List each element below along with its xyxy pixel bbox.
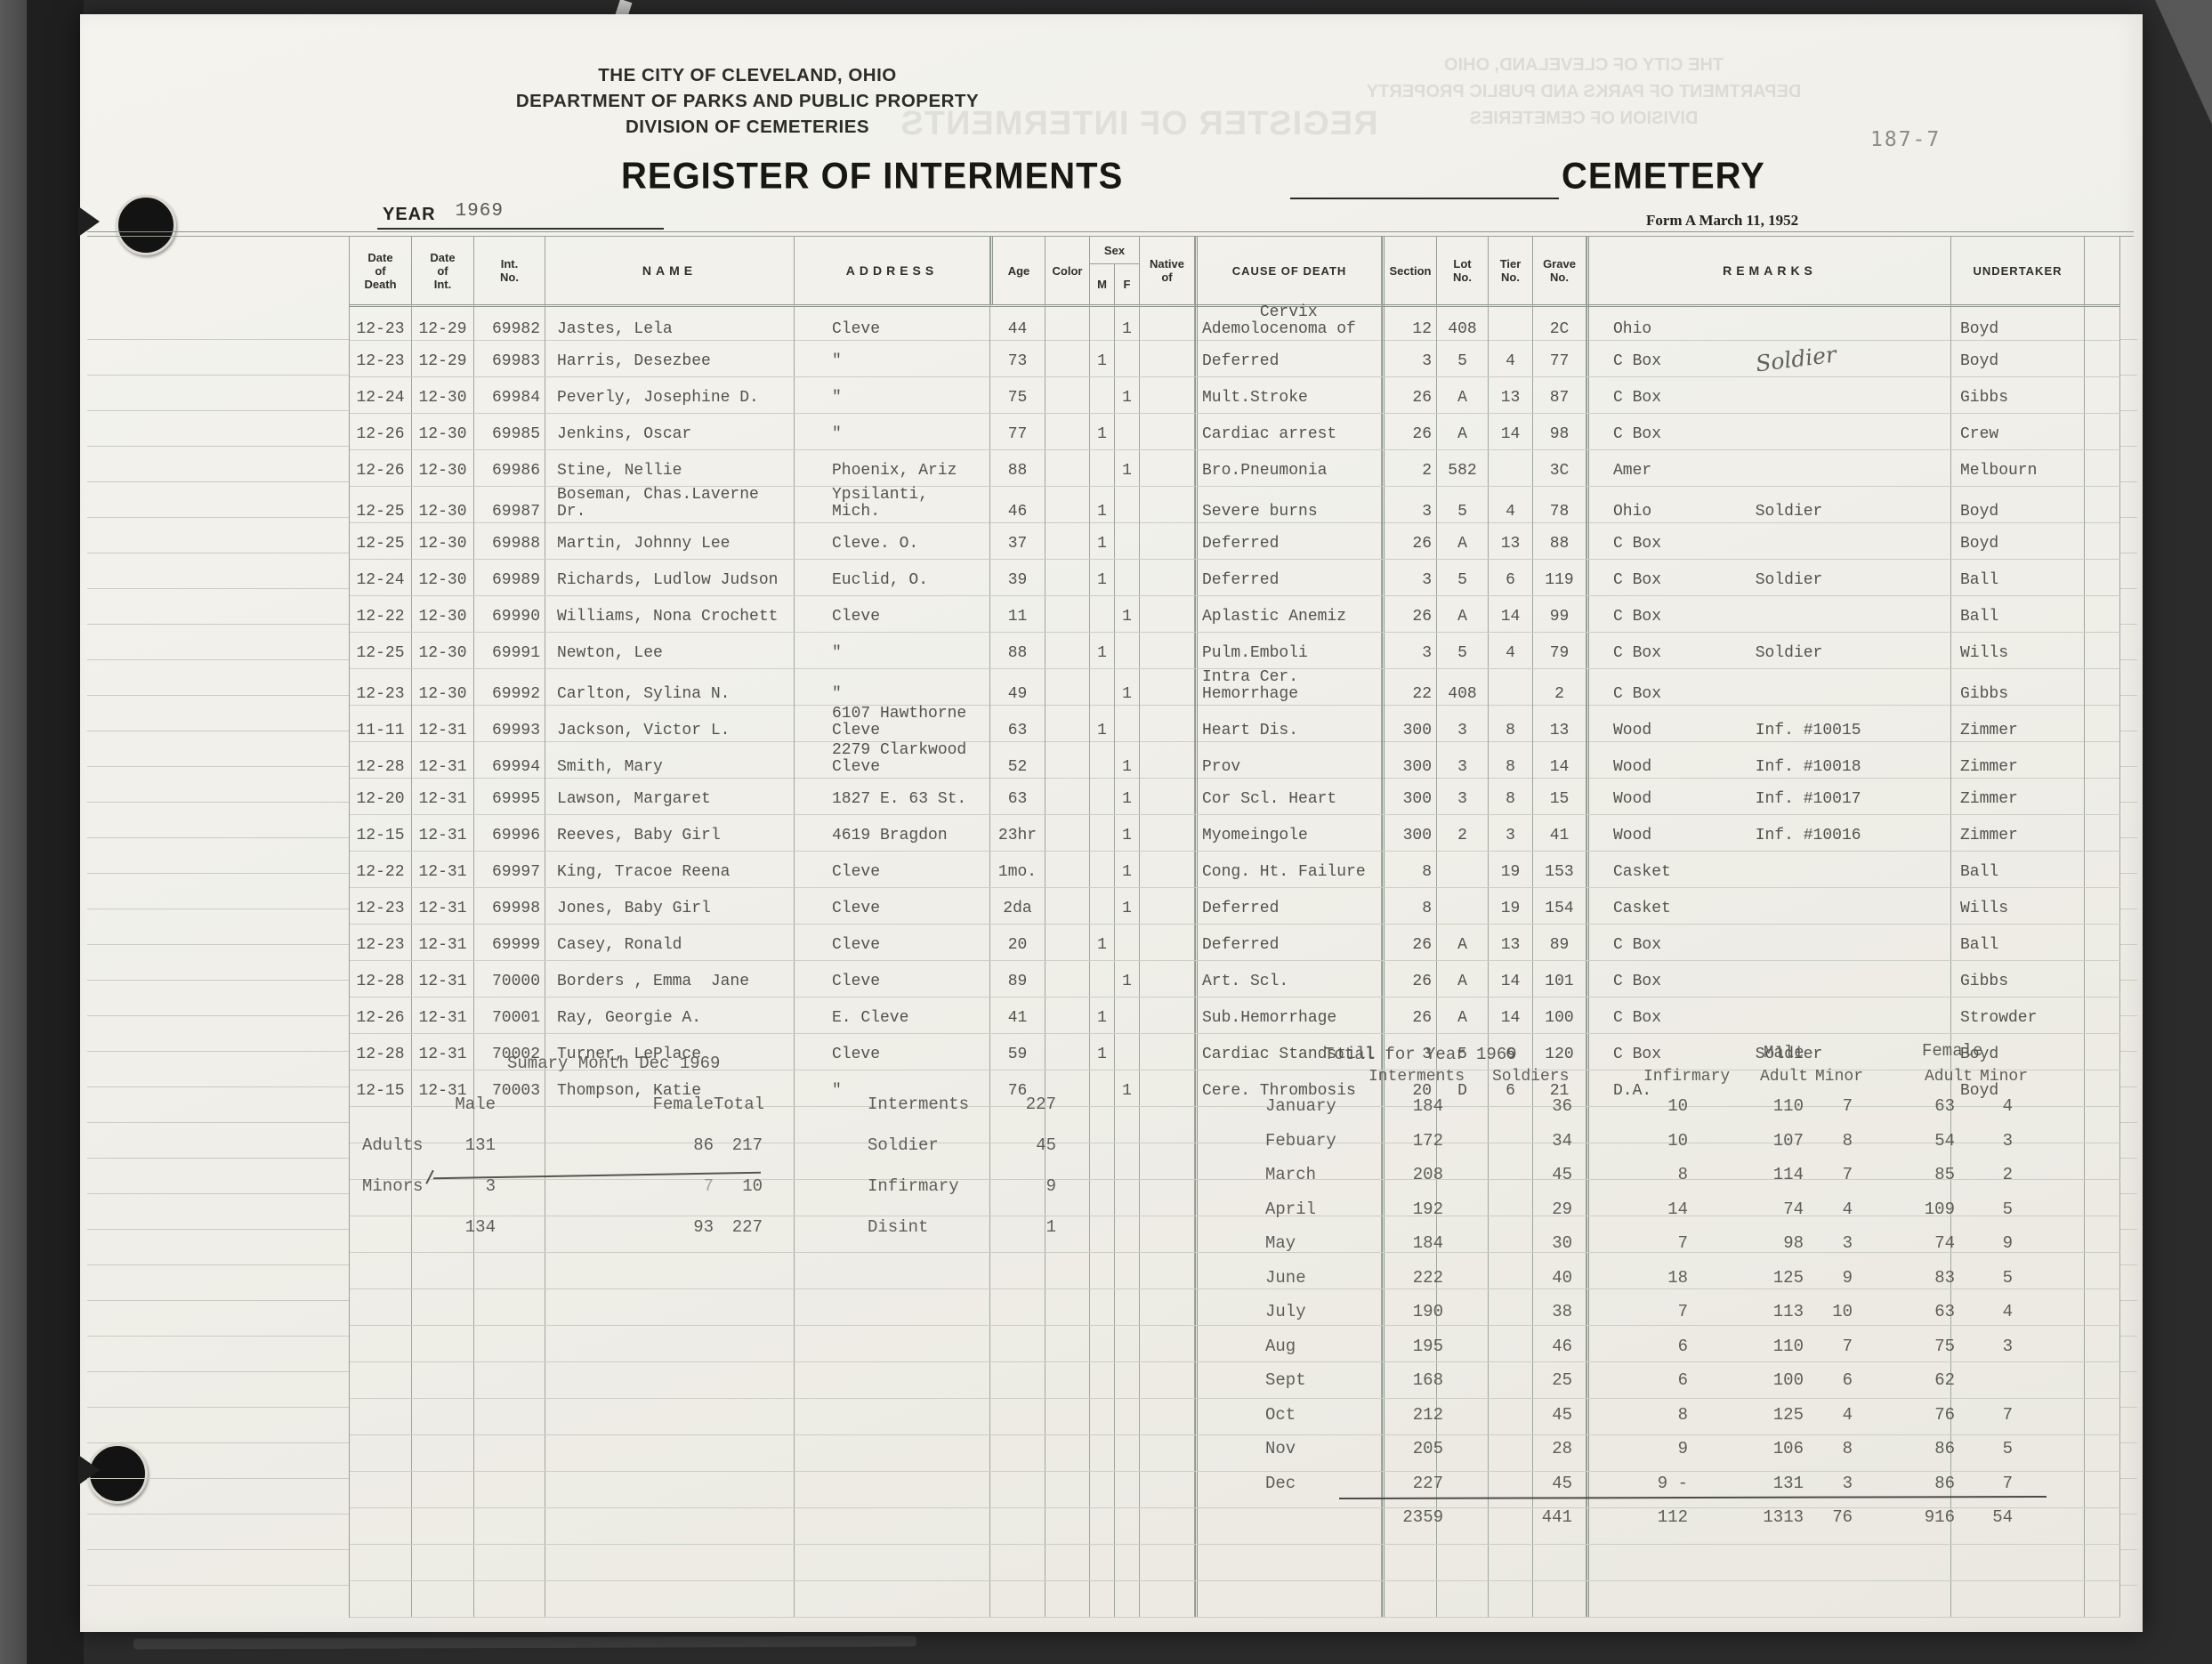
cell-int-no: 69983 [474,341,545,376]
cell-int-no: 69986 [474,450,545,486]
cell-date-of-int: 12-31 [412,925,474,960]
cell-address: Cleve [795,596,990,632]
female-adult-count: 109 [1853,1200,1955,1219]
cell-color [1045,961,1090,997]
cell-age: 49 [990,669,1045,709]
cell-tier-no: 3 [1489,815,1533,851]
male-minor-count: 4 [1804,1405,1853,1425]
adults-female: 86 [496,1135,714,1155]
cell-remarks: C Box [1586,925,1951,960]
cell-date-of-int [412,1545,474,1580]
cell-date-of-death: 12-23 [350,669,412,709]
month-label: Nov [1255,1439,1385,1458]
cell-age: 88 [990,633,1045,668]
cell-section: 26 [1382,377,1437,413]
cell-native-of [1140,888,1195,924]
year-summary-row: Febuary 172 34 10 107 8 54 3 [1255,1124,2055,1159]
cell-undertaker: Strowder [1951,998,2085,1033]
minors-label: Minors [351,1176,451,1196]
document-title: REGISTER OF INTERMENTS [621,156,1123,198]
cell-name: Lawson, Margaret [545,779,795,814]
cell-grave-no: 100 [1533,998,1586,1033]
cell-age: 63 [990,706,1045,746]
cell-undertaker: Boyd [1951,487,2085,527]
year-value: 1969 [456,201,504,222]
register-page: THE CITY OF CLEVELAND, OHIO DEPARTMENT O… [80,14,2143,1632]
interments-count: 184 [1385,1233,1443,1253]
cell-color [1045,1362,1090,1398]
cell-grave-no: 154 [1533,888,1586,924]
female-minor-count: 3 [1955,1337,2013,1356]
cell-end [2085,1180,2120,1216]
cell-color [1045,560,1090,595]
female-adult-col-header: Adult [1925,1068,1973,1086]
interments-count: 212 [1385,1405,1443,1425]
cell-date-of-int: 12-31 [412,779,474,814]
cell-undertaker: Boyd [1951,304,2085,344]
infirmary-col-header: Infirmary [1643,1068,1730,1086]
cell-end [2085,1216,2120,1252]
cell-native-of [1140,852,1195,887]
female-adult-count: 83 [1853,1268,1955,1288]
cell-grave-no: 98 [1533,414,1586,449]
cell-date-of-int: 12-31 [412,852,474,887]
cell-lot-no: 3 [1437,742,1489,782]
cell-undertaker: Wills [1951,633,2085,668]
cell-name [545,1362,795,1398]
totals-female: 93 [496,1217,714,1237]
cell-age [990,1399,1045,1434]
cell-sex-f [1115,1435,1140,1471]
cell-address: " [795,669,990,709]
remark-note: C Box [1594,572,1661,589]
cell-end [2085,961,2120,997]
cell-date-of-death: 12-25 [350,523,412,559]
cell-lot-no [1437,852,1489,887]
cell-sex-f: 1 [1115,596,1140,632]
cell-date-of-int: 12-30 [412,560,474,595]
cell-tier-no [1489,450,1533,486]
cell-name: Jastes, Lela [545,304,795,344]
cell-grave-no: 2C [1533,304,1586,344]
cell-native-of [1140,487,1195,527]
cell-native-of [1140,779,1195,814]
cell-date-of-int: 12-30 [412,596,474,632]
cell-sex-m [1090,596,1115,632]
cell-remarks: C Box Soldier [1586,341,1951,376]
soldiers-count: 29 [1443,1200,1572,1219]
cell-color [1045,633,1090,668]
cell-date-of-int: 12-30 [412,523,474,559]
cell-sex-f: 1 [1115,779,1140,814]
cell-date-of-death: 12-23 [350,304,412,344]
cell-age: 46 [990,487,1045,527]
cell-name: Jackson, Victor L. [545,706,795,746]
soldiers-count: 34 [1443,1131,1572,1151]
male-adult-count: 98 [1688,1233,1804,1253]
cell-sex-m [1090,1399,1115,1434]
male-header: Male [451,1095,496,1114]
cell-name [545,1399,795,1434]
scan-streak-bottom [133,1636,916,1649]
cell-end [2085,341,2120,376]
male-adult-count: 107 [1688,1131,1804,1151]
remark-note: C Box [1594,426,1661,443]
female-adult-count: 63 [1853,1096,1955,1116]
month-label: June [1255,1268,1385,1288]
cell-int-no: 69993 [474,706,545,746]
cell-sex-f: 1 [1115,815,1140,851]
soldiers-count: 441 [1443,1507,1572,1527]
cell-date-of-death [350,1508,412,1544]
cell-name: Peverly, Josephine D. [545,377,795,413]
cell-native-of [1140,633,1195,668]
cell-section: 26 [1382,998,1437,1033]
cell-end [2085,742,2120,782]
col-header-tier: Tier No. [1489,237,1533,304]
month-label: May [1255,1233,1385,1253]
cell-cause-of-death: Intra Cer. Hemorrhage [1195,669,1382,709]
cell-name: Smith, Mary [545,742,795,782]
soldiers-col-header: Soldiers [1492,1068,1569,1086]
cell-remarks: Ohio [1586,304,1951,344]
col-header-date-of-int: Date of Int. [412,237,474,304]
cell-sex-m [1090,742,1115,782]
cell-tier-no: 13 [1489,523,1533,559]
cell-age: 20 [990,925,1045,960]
cell-date-of-int: 12-30 [412,377,474,413]
year-summary-row: Dec 227 45 9 - 131 3 86 7 [1255,1466,2055,1501]
cell-sex-f [1115,1326,1140,1361]
bleedthrough-line: DIVISION OF CEMETERIES [1263,105,1904,132]
cell-tier-no: 6 [1489,560,1533,595]
cell-section [1382,1581,1437,1617]
cell-native-of [1140,1545,1195,1580]
infirmary-count: 112 [1572,1507,1688,1527]
table-row [350,1581,2120,1618]
col-header-lot: Lot No. [1437,237,1489,304]
table-row: 12-28 12-31 69994 Smith, Mary 2279 Clark… [350,742,2120,779]
cell-cause-of-death: Pulm.Emboli [1195,633,1382,668]
month-label: Sept [1255,1370,1385,1390]
cell-grave-no: 153 [1533,852,1586,887]
cell-lot-no: 5 [1437,633,1489,668]
cell-address: Cleve [795,852,990,887]
soldiers-count: 38 [1443,1302,1572,1321]
soldiers-count: 45 [1443,1405,1572,1425]
cell-sex-m [1090,1362,1115,1398]
cell-date-of-death: 12-20 [350,779,412,814]
cell-int-no: 69996 [474,815,545,851]
cell-remarks: Wood Inf. #10016 [1586,815,1951,851]
hole-punch-top [116,195,176,255]
year-summary-row: June 222 40 18 125 9 83 5 [1255,1261,2055,1296]
cell-undertaker: Boyd [1951,341,2085,376]
cell-sex-f [1115,414,1140,449]
cell-sex-m: 1 [1090,560,1115,595]
cell-sex-m [1090,852,1115,887]
disint-label: Disint [868,1217,1001,1237]
cell-color [1045,888,1090,924]
form-note: Form A March 11, 1952 [1646,212,1798,230]
cell-grave-no [1533,1581,1586,1617]
cell-cause-of-death: Severe burns [1195,487,1382,527]
cell-end [2085,888,2120,924]
month-label: Dec [1255,1474,1385,1493]
col-header-grave: Grave No. [1533,237,1586,304]
cell-grave-no: 13 [1533,706,1586,746]
cell-date-of-int [412,1581,474,1617]
cell-color [1045,815,1090,851]
cell-native-of [1140,1289,1195,1325]
cell-grave-no: 79 [1533,633,1586,668]
male-adult-count: 125 [1688,1405,1804,1425]
cell-cause-of-death: Mult.Stroke [1195,377,1382,413]
cell-name [545,1472,795,1507]
cell-sex-m [1090,450,1115,486]
cell-section: 3 [1382,341,1437,376]
interments-count: 222 [1385,1268,1443,1288]
cell-native-of [1140,414,1195,449]
cell-int-no: 70000 [474,961,545,997]
cell-grave-no: 119 [1533,560,1586,595]
cell-name: Stine, Nellie [545,450,795,486]
interments-count: 2359 [1385,1507,1443,1527]
cell-remarks: C Box [1586,669,1951,709]
cell-date-of-int: 12-31 [412,998,474,1033]
cell-date-of-int: 12-30 [412,450,474,486]
cell-address: " [795,414,990,449]
cell-end [2085,414,2120,449]
month-label: Oct [1255,1405,1385,1425]
cell-date-of-death [350,1545,412,1580]
male-minor-count: 8 [1804,1131,1853,1151]
male-minor-count: 7 [1804,1165,1853,1184]
cell-address [795,1581,990,1617]
female-header: Female [496,1095,714,1114]
cell-address: 6107 Hawthorne Cleve [795,706,990,746]
cell-sex-m: 1 [1090,341,1115,376]
cell-grave-no: 77 [1533,341,1586,376]
cell-section: 2 [1382,450,1437,486]
cell-age [990,1545,1045,1580]
cell-color [1045,706,1090,746]
cell-color [1045,377,1090,413]
cell-end [2085,998,2120,1033]
female-adult-count: 916 [1853,1507,1955,1527]
cell-lot-no: 3 [1437,706,1489,746]
cell-date-of-death [350,1472,412,1507]
cell-undertaker: Gibbs [1951,377,2085,413]
cell-date-of-death: 12-23 [350,925,412,960]
remark-note: C Box [1594,1010,1661,1027]
cell-address [795,1326,990,1361]
cell-sex-m [1090,888,1115,924]
cell-native-of [1140,1581,1195,1617]
cell-color [1045,1435,1090,1471]
cell-age: 23hr [990,815,1045,851]
cell-sex-m [1090,1253,1115,1288]
cell-sex-f: 1 [1115,852,1140,887]
cell-age: 39 [990,560,1045,595]
cell-native-of [1140,669,1195,709]
cell-tier-no: 14 [1489,596,1533,632]
soldiers-count: 45 [1443,1474,1572,1493]
female-adult-count: 63 [1853,1302,1955,1321]
cell-sex-f [1115,341,1140,376]
cell-cause-of-death: Cor Scl. Heart [1195,779,1382,814]
cell-date-of-int: 12-29 [412,341,474,376]
cell-grave-no: 3C [1533,450,1586,486]
cell-cause-of-death: Deferred [1195,925,1382,960]
cell-date-of-death: 12-22 [350,852,412,887]
female-adult-count: 74 [1853,1233,1955,1253]
sex-mf-split: M F [1090,264,1139,304]
cell-address: Cleve [795,888,990,924]
cell-section: 3 [1382,560,1437,595]
interments-label: Interments [868,1095,1001,1114]
infirmary-count: 6 [1572,1370,1688,1390]
cell-date-of-death [350,1581,412,1617]
cell-grave-no: 88 [1533,523,1586,559]
infirmary-count: 10 [1572,1096,1688,1116]
disint-value: 1 [1001,1217,1056,1237]
col-header-remarks: REMARKS [1586,237,1951,304]
cell-name: King, Tracoe Reena [545,852,795,887]
col-header-native-of: Native of [1140,237,1195,304]
cell-address: Ypsilanti, Mich. [795,487,990,527]
male-minor-count: 3 [1804,1474,1853,1493]
cell-int-no: 69995 [474,779,545,814]
cell-native-of [1140,961,1195,997]
cell-address: " [795,633,990,668]
cell-end [2085,1326,2120,1361]
cell-sex-m: 1 [1090,414,1115,449]
year-summary-row: April 192 29 14 74 4 109 5 [1255,1192,2055,1227]
male-minor-count: 8 [1804,1439,1853,1458]
cell-undertaker: Zimmer [1951,706,2085,746]
cell-age [990,1472,1045,1507]
cell-name [545,1326,795,1361]
table-row: 12-24 12-30 69989 Richards, Ludlow Judso… [350,560,2120,596]
cell-name: Harris, Desezbee [545,341,795,376]
cell-tier-no: 4 [1489,633,1533,668]
cell-int-no [474,1508,545,1544]
cell-date-of-death: 12-26 [350,450,412,486]
cell-sex-f [1115,1289,1140,1325]
remark-annotation: Soldier [1756,504,1823,521]
cell-sex-f [1115,1472,1140,1507]
agency-header: THE CITY OF CLEVELAND, OHIO DEPARTMENT O… [436,62,1059,140]
cell-sex-f [1115,1581,1140,1617]
infirmary-count: 6 [1572,1337,1688,1356]
cell-lot-no: 408 [1437,669,1489,709]
cell-address [795,1435,990,1471]
cell-address [795,1253,990,1288]
remark-note: Amer [1594,463,1651,480]
infirmary-count: 9 [1572,1439,1688,1458]
interments-count: 227 [1385,1474,1443,1493]
cell-color [1045,596,1090,632]
cell-date-of-death: 12-23 [350,888,412,924]
cell-cause-of-death: Aplastic Anemiz [1195,596,1382,632]
cell-int-no [474,1289,545,1325]
cell-int-no: 69987 [474,487,545,527]
cell-tier-no: 14 [1489,961,1533,997]
remark-note: Wood [1594,828,1651,844]
cell-address: Cleve [795,961,990,997]
cell-date-of-death: 12-15 [350,815,412,851]
cell-int-no: 69992 [474,669,545,709]
cell-int-no: 69984 [474,377,545,413]
table-row: 12-26 12-30 69985 Jenkins, Oscar " 77 1 … [350,414,2120,450]
cell-address: Phoenix, Ariz [795,450,990,486]
cell-end [2085,1399,2120,1434]
remark-note: Wood [1594,723,1651,739]
cell-lot-no: A [1437,414,1489,449]
cell-remarks [1586,1581,1951,1617]
cell-address [795,1508,990,1544]
cell-tier-no: 4 [1489,487,1533,527]
remark-annotation: Soldier [1756,572,1823,589]
infirmary-count: 14 [1572,1200,1688,1219]
infirmary-count: 8 [1572,1405,1688,1425]
cell-date-of-int: 12-31 [412,888,474,924]
cell-int-no [474,1362,545,1398]
cell-sex-f: 1 [1115,377,1140,413]
cell-end [2085,1289,2120,1325]
cell-native-of [1140,815,1195,851]
cell-undertaker: Zimmer [1951,815,2085,851]
cell-remarks: C Box [1586,961,1951,997]
cell-sex-m [1090,669,1115,709]
cell-color [1045,925,1090,960]
remark-note: C Box [1594,645,1661,662]
cell-remarks: Ohio Soldier [1586,487,1951,527]
scanner-background: THE CITY OF CLEVELAND, OHIO DEPARTMENT O… [0,0,2212,1664]
male-minor-count: 10 [1804,1302,1853,1321]
cell-age: 41 [990,998,1045,1033]
table-row: 12-23 12-31 69998 Jones, Baby Girl Cleve… [350,888,2120,925]
cell-sex-f: 1 [1115,450,1140,486]
cell-name [545,1435,795,1471]
remark-annotation: Inf. #10015 [1756,723,1861,739]
female-adult-count: 76 [1853,1405,1955,1425]
cell-age [990,1326,1045,1361]
cell-grave-no: 78 [1533,487,1586,527]
table-row: 12-25 12-30 69988 Martin, Johnny Lee Cle… [350,523,2120,560]
cell-end [2085,852,2120,887]
cell-grave-no: 99 [1533,596,1586,632]
female-adult-count: 86 [1853,1439,1955,1458]
soldiers-count: 30 [1443,1233,1572,1253]
remark-note: Casket [1594,901,1671,917]
cell-remarks: C Box Soldier [1586,560,1951,595]
minors-female: 7 [496,1176,714,1196]
cell-native-of [1140,1326,1195,1361]
cell-date-of-death [350,1253,412,1288]
cell-date-of-int: 12-31 [412,815,474,851]
cell-end [2085,1107,2120,1143]
cell-native-of [1140,341,1195,376]
minors-total: 10 [714,1176,763,1196]
cell-grave-no: 41 [1533,815,1586,851]
cell-end [2085,669,2120,709]
cell-cause-of-death: Myomeingole [1195,815,1382,851]
cell-native-of [1140,304,1195,344]
soldiers-count: 28 [1443,1439,1572,1458]
cell-age: 88 [990,450,1045,486]
